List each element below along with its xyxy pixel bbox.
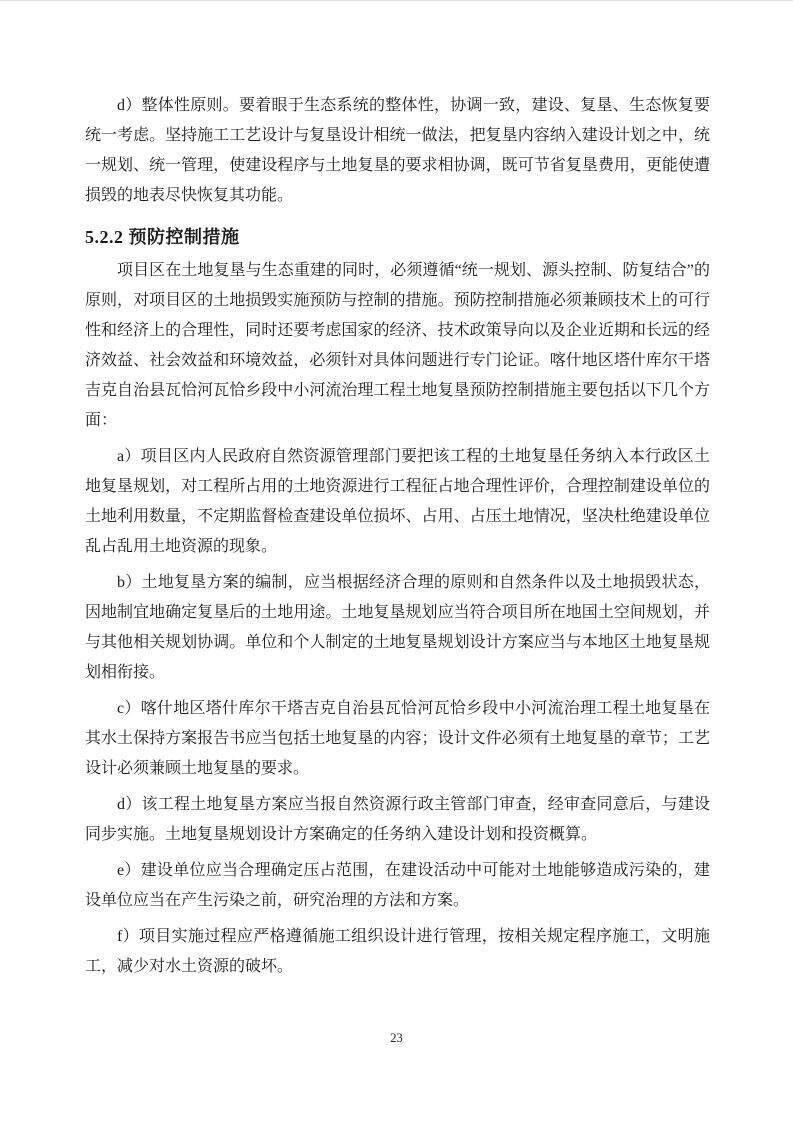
- list-item-a: a）项目区内人民政府自然资源管理部门要把该工程的土地复垦任务纳入本行政区土地复垦…: [85, 442, 710, 562]
- paragraph-principle-d: d）整体性原则。要着眼于生态系统的整体性，协调一致，建设、复垦、生态恢复要统一考…: [85, 91, 710, 211]
- page-number: 23: [0, 1029, 793, 1047]
- list-item-f: f）项目实施过程应严格遵循施工组织设计进行管理，按相关规定程序施工，文明施工，减…: [85, 922, 710, 982]
- list-item-d: d）该工程土地复垦方案应当报自然资源行政主管部门审查，经审查同意后，与建设同步实…: [85, 790, 710, 850]
- list-item-b: b）土地复垦方案的编制，应当根据经济合理的原则和自然条件以及土地损毁状态，因地制…: [85, 568, 710, 688]
- list-item-c: c）喀什地区塔什库尔干塔吉克自治县瓦恰河瓦恰乡段中小河流治理工程土地复垦在其水土…: [85, 694, 710, 784]
- document-content: d）整体性原则。要着眼于生态系统的整体性，协调一致，建设、复垦、生态恢复要统一考…: [85, 91, 710, 982]
- section-heading-5-2-2: 5.2.2 预防控制措施: [85, 225, 710, 249]
- list-item-e: e）建设单位应当合理确定压占范围，在建设活动中可能对土地能够造成污染的，建设单位…: [85, 856, 710, 916]
- document-page: d）整体性原则。要着眼于生态系统的整体性，协调一致，建设、复垦、生态恢复要统一考…: [0, 0, 793, 1122]
- paragraph-intro: 项目区在土地复垦与生态重建的同时，必须遵循“统一规划、源头控制、防复结合”的原则…: [85, 256, 710, 436]
